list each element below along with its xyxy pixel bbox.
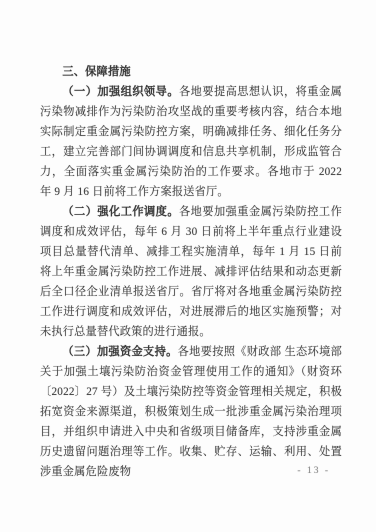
paragraph-3: （三）加强资金支持。各地要按照《财政部 生态环境部关于加强土壤污染防治资金管理使… [40, 342, 342, 482]
paragraph-2: （二）强化工作调度。各地要加强重金属污染防控工作调度和成效评估，每年 6 月 3… [40, 202, 342, 342]
paragraph-1: （一）加强组织领导。各地要提高思想认识，将重金属污染物减排作为污染防治攻坚战的重… [40, 82, 342, 202]
section-heading: 三、保障措施 [40, 62, 342, 82]
paragraph-1-body: 各地要提高思想认识，将重金属污染物减排作为污染防治攻坚战的重要考核内容，结合本地… [40, 86, 342, 198]
paragraph-1-lead: （一）加强组织领导。 [62, 86, 179, 98]
paragraph-2-lead: （二）强化工作调度。 [62, 206, 179, 218]
page-number: - 13 - [297, 464, 330, 478]
document-text-block: 三、保障措施 （一）加强组织领导。各地要提高思想认识，将重金属污染物减排作为污染… [40, 62, 342, 482]
document-page: 三、保障措施 （一）加强组织领导。各地要提高思想认识，将重金属污染物减排作为污染… [0, 0, 376, 532]
paragraph-2-body: 各地要加强重金属污染防控工作调度和成效评估，每年 6 月 30 日前将上半年重点… [40, 206, 342, 338]
paragraph-3-body: 各地要按照《财政部 生态环境部关于加强土壤污染防治资金管理使用工作的通知》（财资… [40, 346, 342, 478]
paragraph-3-lead: （三）加强资金支持。 [62, 346, 177, 358]
